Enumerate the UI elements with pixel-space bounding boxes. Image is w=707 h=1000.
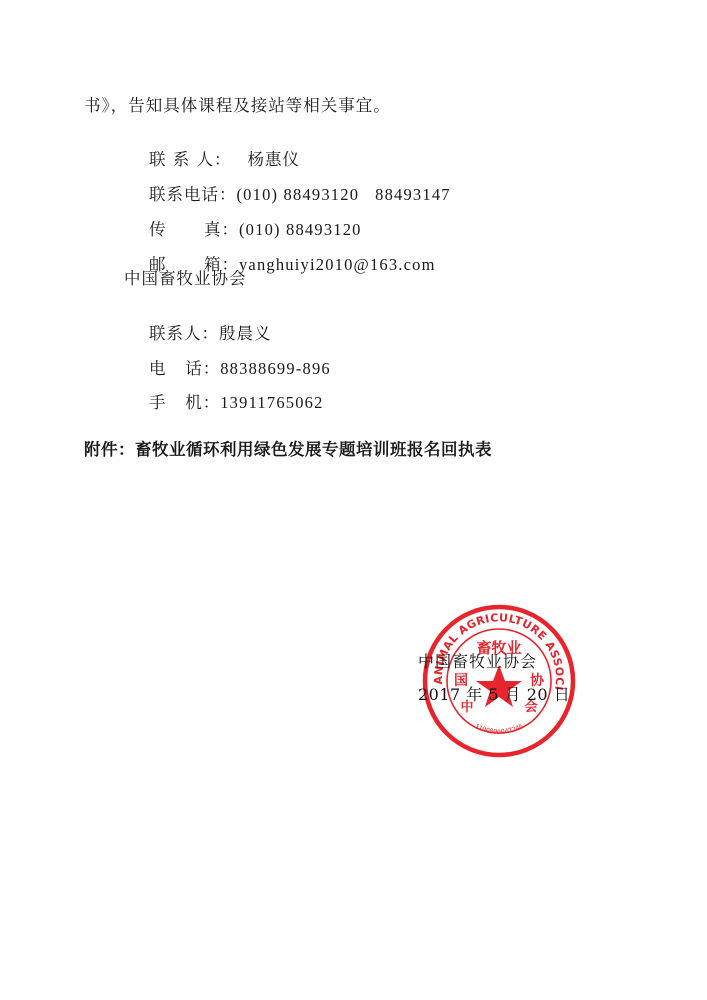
official-seal-icon: CHINA ANIMAL AGRICULTURE ASSOCIATION 110… [421,603,577,759]
contact2-mobile-value: 13911765062 [220,393,323,412]
svg-text:1100000047246: 1100000047246 [474,722,525,736]
continuation-line: 书》，告知具体课程及接站等相关事宜。 [84,96,391,116]
org-name: 中国畜牧业协会 [124,269,247,289]
signature-date: 2017 年 5 月 20 日 [418,685,570,705]
contact2-mobile-label: 手 机： [149,393,220,413]
signature-org: 中国畜牧业协会 [418,652,537,672]
contact2-mobile-row: 手 机：13911765062 [124,373,324,433]
contact-email-value[interactable]: yanghuiyi2010@163.com [239,255,436,274]
attachment-line[interactable]: 附件：畜牧业循环利用绿色发展专题培训班报名回执表 [84,440,492,460]
